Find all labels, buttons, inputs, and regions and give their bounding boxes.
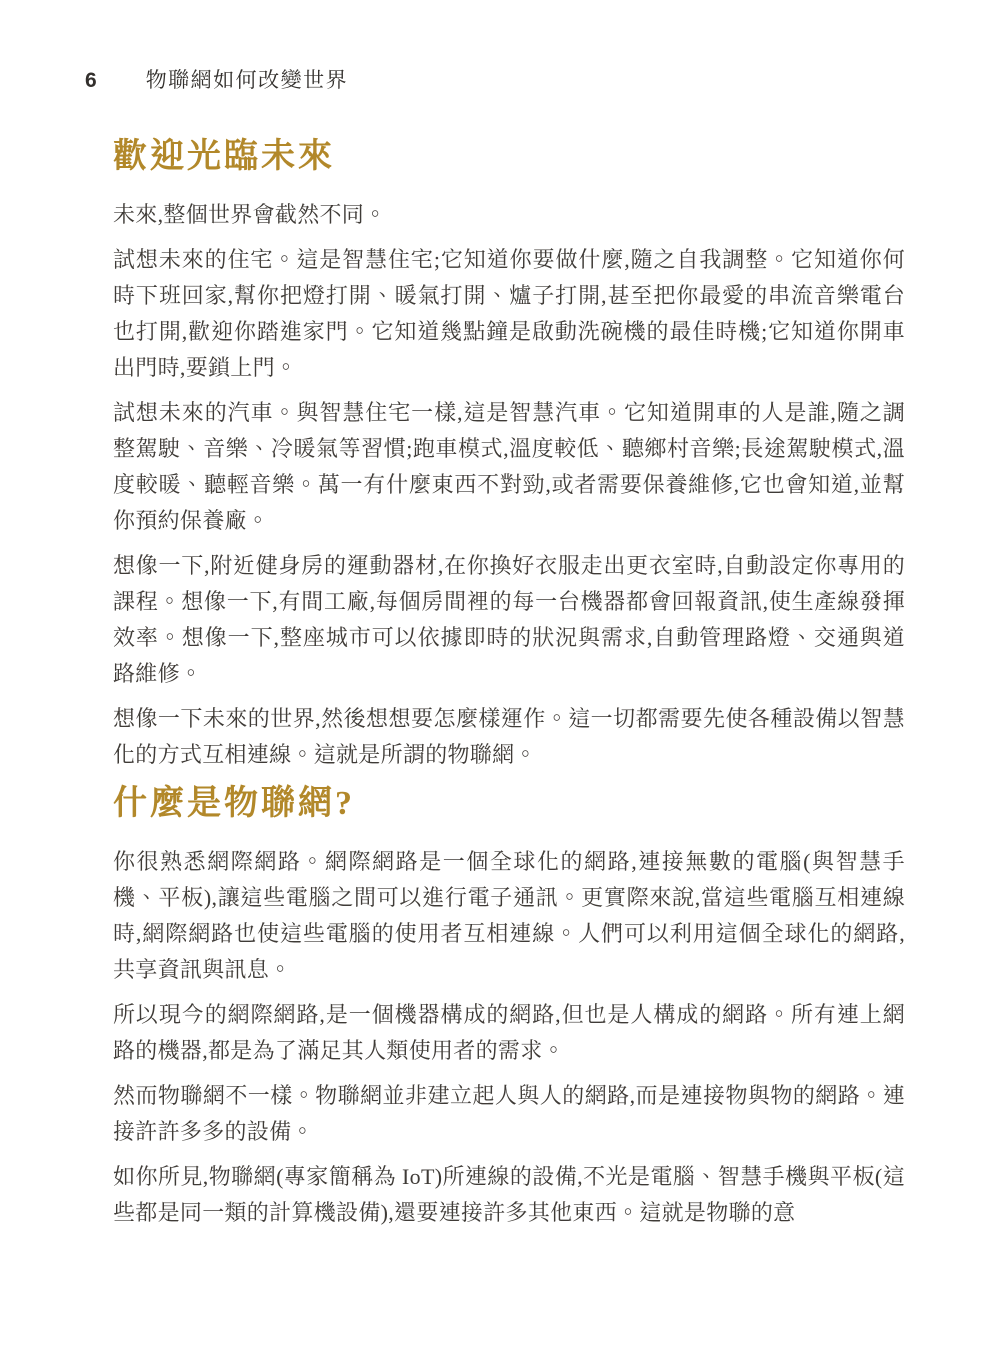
section-heading-welcome-future: 歡迎光臨未來	[113, 136, 905, 177]
paragraph: 想像一下,附近健身房的運動器材,在你換好衣服走出更衣室時,自動設定你專用的課程。…	[113, 548, 905, 692]
section-what-is-iot: 什麼是物聯網? 你很熟悉網際網路。網際網路是一個全球化的網路,連接無數的電腦(與…	[113, 783, 905, 1231]
running-header: 6 物聯網如何改變世界	[85, 64, 1000, 90]
paragraph: 然而物聯網不一樣。物聯網並非建立起人與人的網路,而是連接物與物的網路。連接許許多…	[113, 1078, 905, 1150]
paragraph: 所以現今的網際網路,是一個機器構成的網路,但也是人構成的網路。所有連上網路的機器…	[113, 997, 905, 1069]
paragraph: 如你所見,物聯網(專家簡稱為 IoT)所連線的設備,不光是電腦、智慧手機與平板(…	[113, 1159, 905, 1231]
paragraph: 未來,整個世界會截然不同。	[113, 197, 905, 233]
paragraph: 你很熟悉網際網路。網際網路是一個全球化的網路,連接無數的電腦(與智慧手機、平板)…	[113, 844, 905, 988]
paragraph: 試想未來的汽車。與智慧住宅一樣,這是智慧汽車。它知道開車的人是誰,隨之調整駕駛、…	[113, 395, 905, 539]
page-number: 6	[85, 69, 97, 93]
paragraph: 試想未來的住宅。這是智慧住宅;它知道你要做什麼,隨之自我調整。它知道你何時下班回…	[113, 242, 905, 386]
paragraph: 想像一下未來的世界,然後想想要怎麼樣運作。這一切都需要先使各種設備以智慧化的方式…	[113, 701, 905, 773]
section-heading-what-is-iot: 什麼是物聯網?	[113, 783, 905, 824]
running-title: 物聯網如何改變世界	[146, 64, 349, 94]
section-welcome-future: 歡迎光臨未來 未來,整個世界會截然不同。 試想未來的住宅。這是智慧住宅;它知道你…	[113, 136, 905, 773]
book-page: 6 物聯網如何改變世界 歡迎光臨未來 未來,整個世界會截然不同。 試想未來的住宅…	[0, 0, 1000, 1353]
page-content: 歡迎光臨未來 未來,整個世界會截然不同。 試想未來的住宅。這是智慧住宅;它知道你…	[113, 136, 905, 1231]
